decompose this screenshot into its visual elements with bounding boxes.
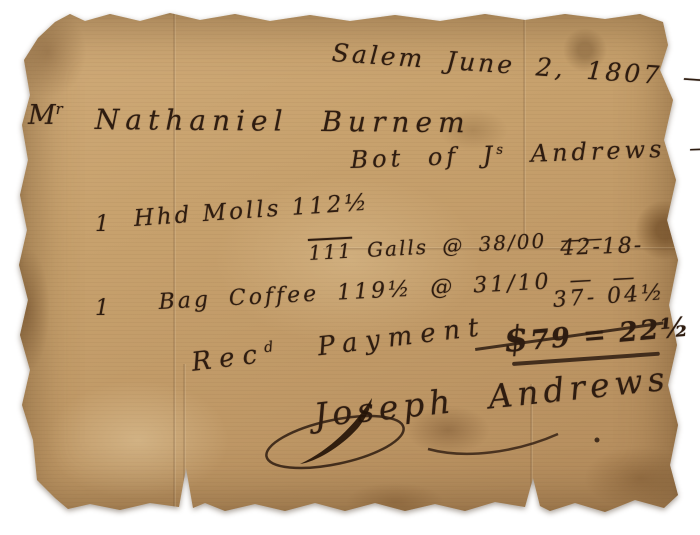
received-pre: Rec bbox=[190, 339, 267, 378]
received-post: Payment bbox=[280, 312, 488, 367]
total-line: $79 = 22½ bbox=[502, 304, 692, 361]
bought-of-line: Bot of Js Andrews — bbox=[350, 133, 700, 174]
scanned-receipt-image: Salem June 2, 1807 — Mr Nathaniel Burnem… bbox=[0, 0, 700, 535]
addressee-title-superscript: r bbox=[56, 100, 63, 118]
bought-of-superscript: s bbox=[496, 143, 507, 158]
place-date-line: Salem June 2, 1807 — bbox=[331, 38, 700, 93]
item-molasses-qty: 1 bbox=[95, 212, 109, 237]
item-molasses-desc: Hhd Molls 112½ bbox=[133, 190, 371, 232]
addressee-title: Mr bbox=[28, 100, 63, 131]
addressee-name: Nathaniel Burnem bbox=[95, 103, 471, 139]
total-currency-sign: $ bbox=[502, 318, 532, 361]
item-gallons-amount: 42-18- bbox=[560, 233, 644, 261]
received-superscript: d bbox=[263, 338, 282, 356]
bought-of-post: Andrews — bbox=[507, 133, 700, 168]
signature-ink-dot bbox=[595, 438, 600, 443]
item-coffee-qty: 1 bbox=[95, 296, 109, 321]
addressee-title-base: M bbox=[28, 100, 56, 131]
item-gallons-tally: 111 bbox=[308, 239, 353, 265]
handwriting-layer: Salem June 2, 1807 — Mr Nathaniel Burnem… bbox=[0, 0, 700, 535]
signature-name: Joseph Andrews bbox=[312, 359, 671, 435]
signature-underswash bbox=[428, 434, 558, 454]
total-amount: 79 = 22½ bbox=[529, 312, 692, 357]
bought-of-pre: Bot of J bbox=[350, 141, 497, 174]
received-payment-line: Recd Payment bbox=[190, 312, 488, 378]
